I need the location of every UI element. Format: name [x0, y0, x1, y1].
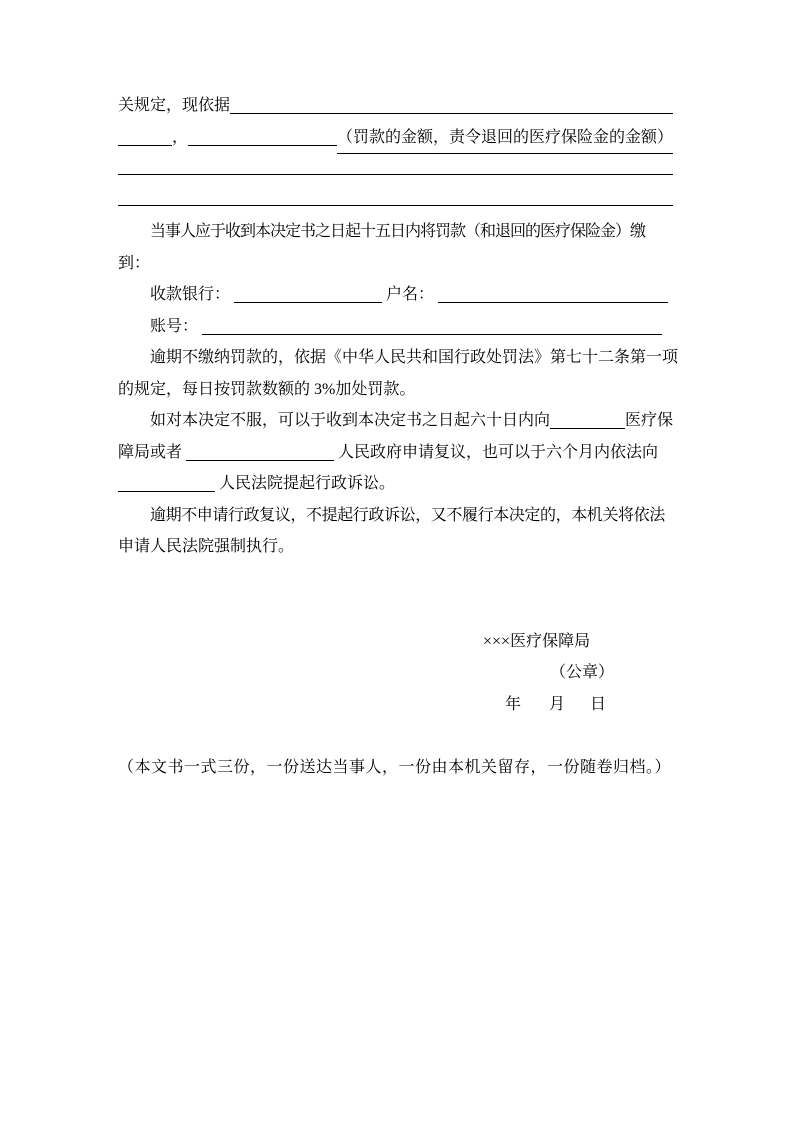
appeal-line-2-tail: 人民政府申请复议，也可以于六个月内依法向: [338, 444, 658, 461]
spacer-row: [118, 594, 673, 626]
appeal-government-blank-field[interactable]: [186, 445, 334, 461]
bank-blank-field[interactable]: [234, 287, 382, 303]
blank-underline-row-1[interactable]: [118, 153, 673, 185]
signature-agency: ×××医疗保障局: [483, 633, 590, 650]
enforcement-line-2: 申请人民法院强制执行。: [118, 531, 673, 563]
enforcement-line-1: 逾期不申请行政复议，不提起行政诉讼，又不履行本决定的，本机关将依法: [118, 500, 673, 532]
signature-date-line: 年 月 日: [118, 689, 673, 721]
account-label: 账号：: [150, 318, 198, 335]
late-penalty-line-1: 逾期不缴纳罚款的，依据《中华人民共和国行政处罚法》第七十二条第一项: [118, 342, 673, 374]
legal-basis-prefix: 关规定，现依据: [118, 90, 230, 122]
signature-agency-line: ×××医疗保障局: [118, 626, 673, 658]
date-month-label: 月: [549, 696, 565, 713]
appeal-line-1-tail: 医疗保: [625, 405, 673, 437]
date-year-label: 年: [505, 696, 521, 713]
appeal-line-2: 障局或者 人民政府申请复议，也可以于六个月内依法向: [118, 437, 673, 469]
amount-blank-field-2[interactable]: [188, 130, 337, 146]
appeal-line-2-text: 障局或者: [118, 444, 182, 461]
amount-blank-field-1[interactable]: [118, 130, 172, 146]
copies-note: （本文书一式三份，一份送达当事人，一份由本机关留存，一份随卷归档。）: [118, 752, 673, 784]
amount-comma: ，: [172, 122, 188, 154]
bank-info-line: 收款银行： 户名：: [118, 279, 673, 311]
date-day-label: 日: [590, 696, 606, 713]
holder-blank-field[interactable]: [438, 287, 668, 303]
appeal-line-3-tail: 人民法院提起行政诉讼。: [219, 475, 395, 492]
spacer-row: [118, 563, 673, 595]
penalty-decision-document: 关规定，现依据 ， （罚款的金额，责令退回的医疗保险金的金额） 当事人应于收到本…: [118, 90, 673, 783]
payment-intro-line-2: 到：: [118, 248, 673, 280]
appeal-court-blank-field[interactable]: [118, 476, 215, 492]
account-info-line: 账号：: [118, 311, 673, 343]
late-penalty-line-2: 的规定，每日按罚款数额的 3%加处罚款。: [118, 374, 673, 406]
legal-basis-line-1: 关规定，现依据: [118, 90, 673, 122]
appeal-line-1: 如对本决定不服，可以于收到本决定书之日起六十日内向 医疗保: [118, 405, 673, 437]
blank-underline-row-2[interactable]: [118, 185, 673, 217]
signature-seal-line: （公章）: [118, 657, 673, 689]
payment-intro-line-1: 当事人应于收到本决定书之日起十五日内将罚款（和退回的医疗保险金）缴: [118, 216, 673, 248]
amount-paren-note: （罚款的金额，责令退回的医疗保险金的金额）: [337, 122, 673, 155]
appeal-bureau-blank-field[interactable]: [550, 413, 625, 429]
account-blank-field[interactable]: [202, 319, 662, 335]
spacer-row: [118, 720, 673, 752]
official-seal-placeholder: （公章）: [550, 664, 614, 681]
penalty-amount-line: ， （罚款的金额，责令退回的医疗保险金的金额）: [118, 122, 673, 154]
bank-label: 收款银行：: [150, 286, 230, 303]
appeal-line-3: 人民法院提起行政诉讼。: [118, 468, 673, 500]
appeal-line-1-text: 如对本决定不服，可以于收到本决定书之日起六十日内向: [150, 405, 550, 437]
holder-label: 户名：: [386, 286, 434, 303]
legal-basis-blank-field[interactable]: [230, 98, 673, 114]
